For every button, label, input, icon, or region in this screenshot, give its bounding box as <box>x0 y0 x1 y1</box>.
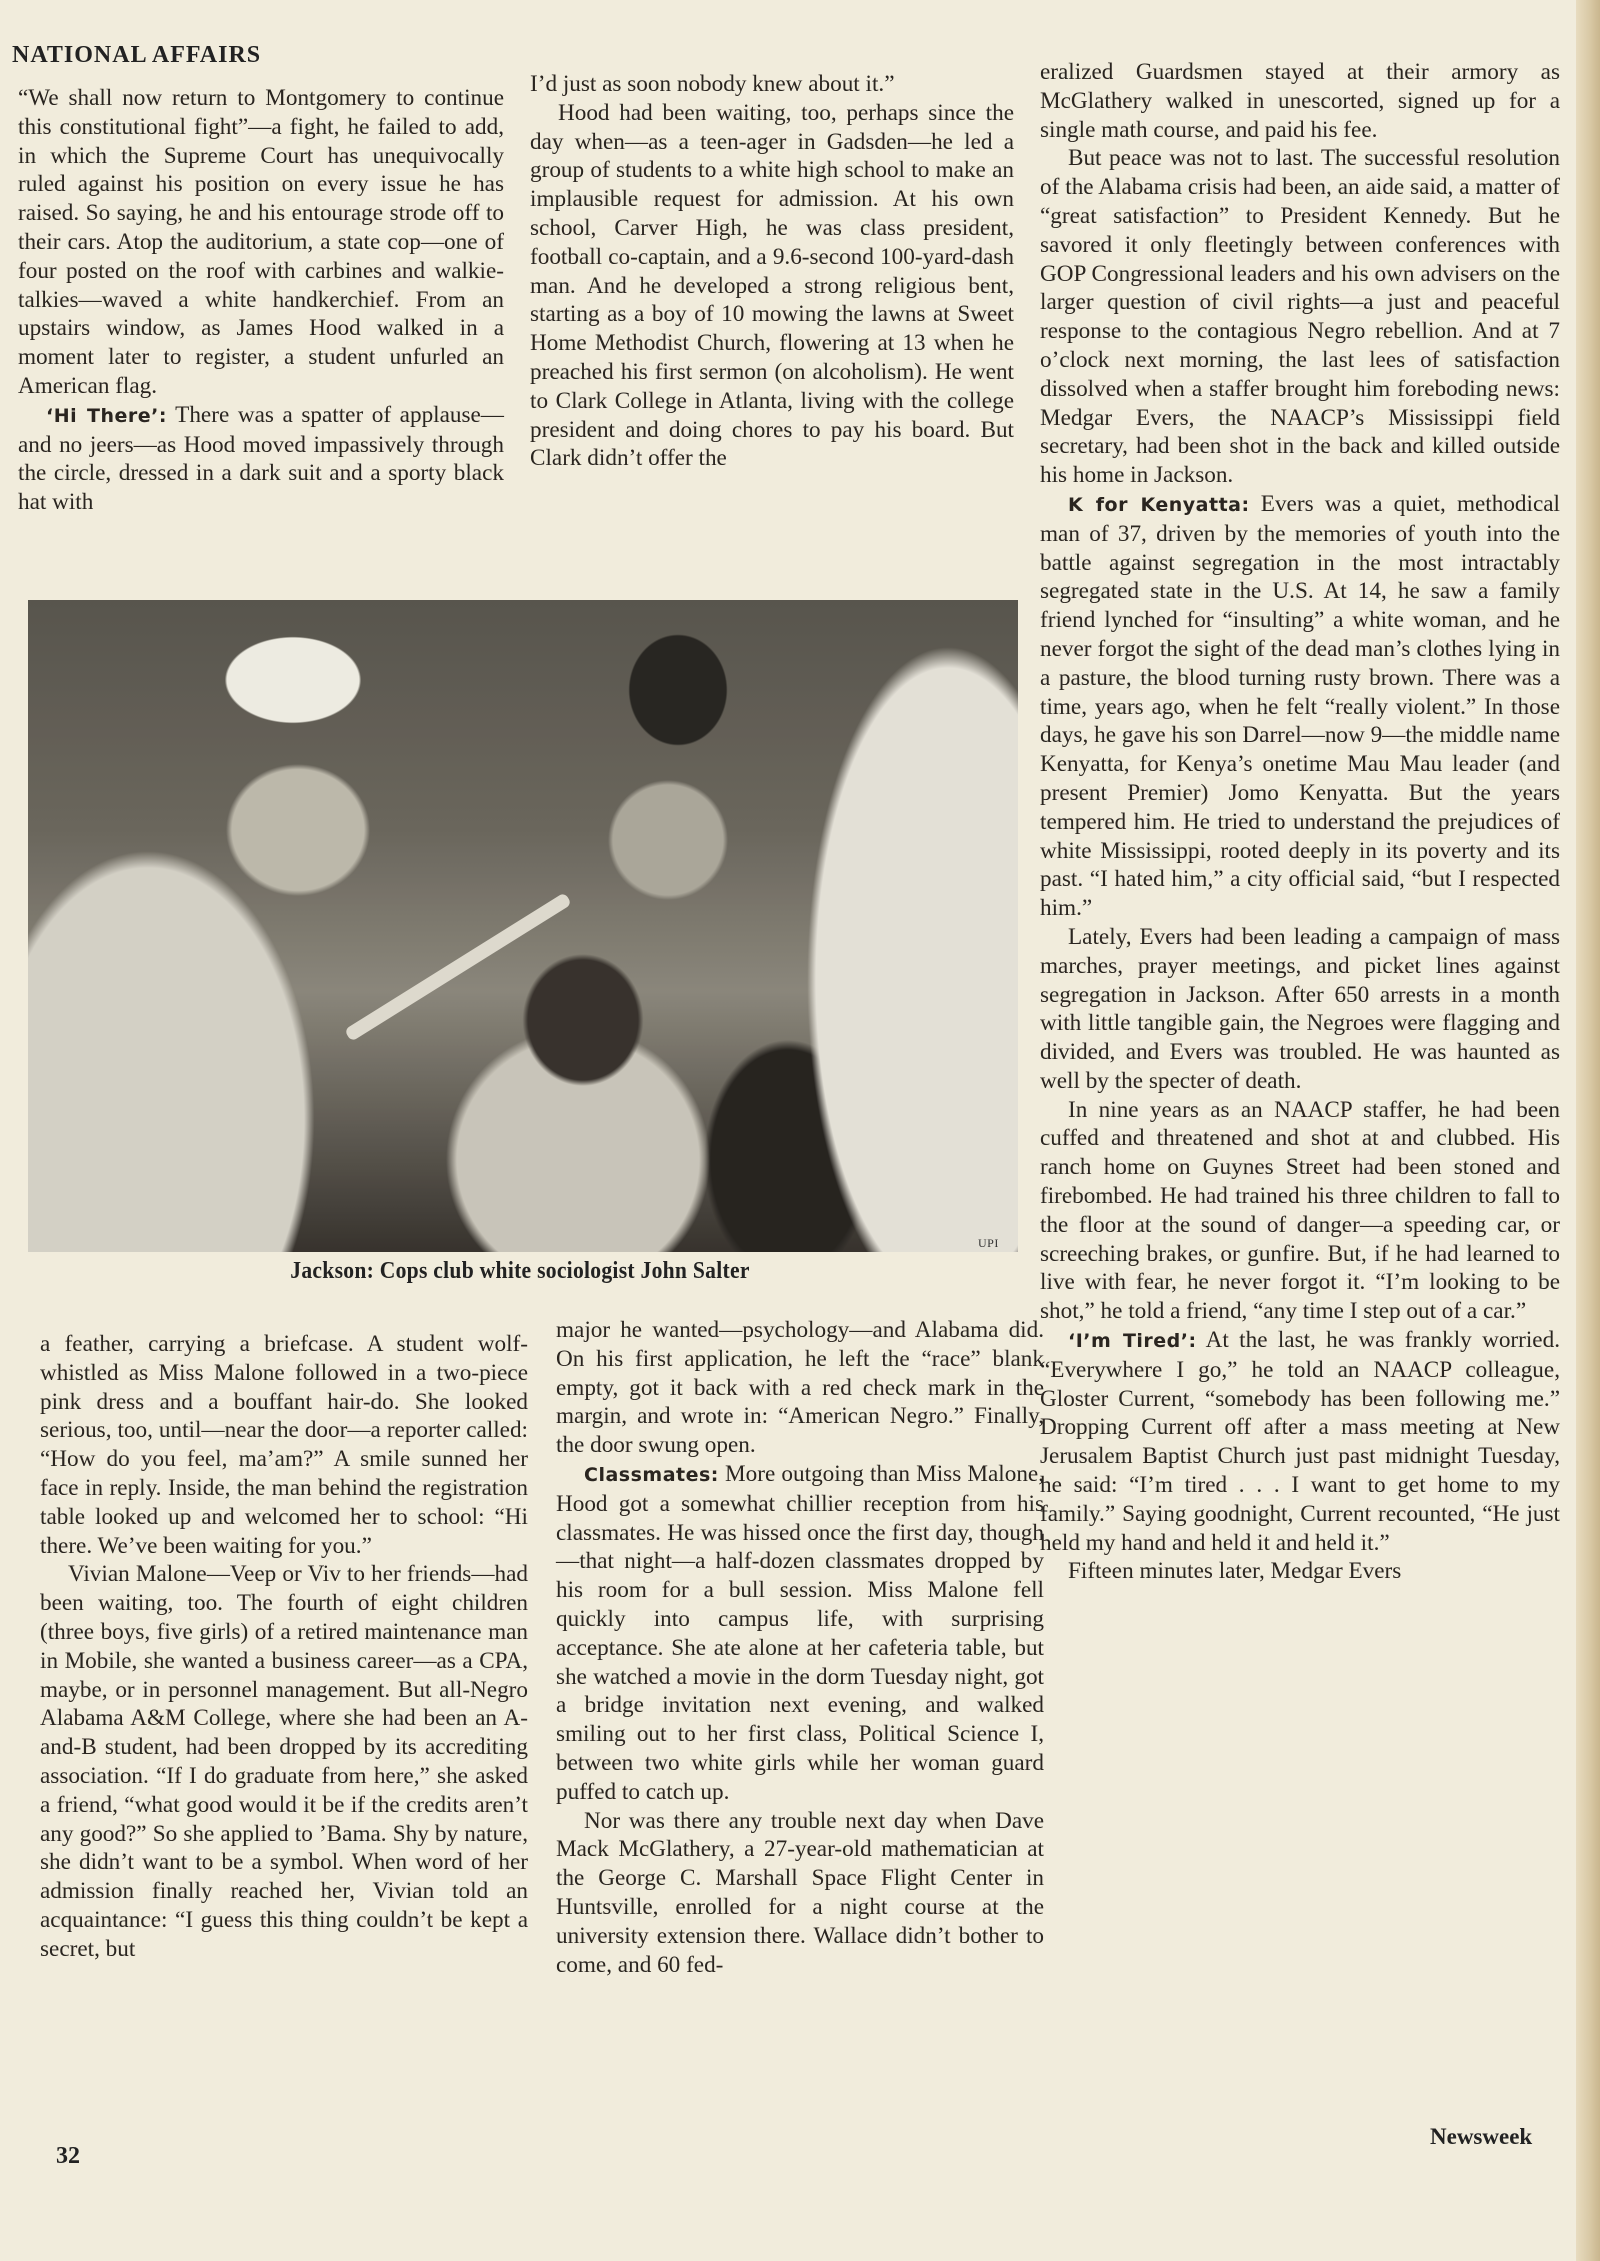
column-middle-bottom: major he wanted—psychology—and Alabama d… <box>556 1316 1044 1979</box>
paragraph: eralized Guardsmen stayed at their armor… <box>1040 58 1560 144</box>
paragraph: In nine years as an NAACP staffer, he ha… <box>1040 1096 1560 1326</box>
paragraph-text: At the last, he was frankly worried. “Ev… <box>1040 1327 1560 1556</box>
paragraph-text: In nine years as an NAACP staffer, he ha… <box>1040 1097 1560 1325</box>
paragraph: Vivian Malone—Veep or Viv to her friends… <box>40 1560 528 1963</box>
paragraph-text: I’d just as soon nobody knew about it.” <box>530 71 895 97</box>
section-header: NATIONAL AFFAIRS <box>12 42 261 69</box>
paragraph-text: Evers was a quiet, methodical man of 37,… <box>1040 491 1560 921</box>
subhead-runin: ‘I’m Tired’: <box>1068 1330 1197 1352</box>
paragraph: But peace was not to last. The successfu… <box>1040 144 1560 490</box>
paragraph: major he wanted—psychology—and Alabama d… <box>556 1316 1044 1460</box>
column-middle-top: I’d just as soon nobody knew about it.”H… <box>530 70 1014 473</box>
subhead-runin: ‘Hi There’: <box>46 405 167 427</box>
photo-credit: UPI <box>978 1236 999 1251</box>
paragraph-text: a feather, carrying a briefcase. A stude… <box>40 1331 528 1559</box>
page-number: 32 <box>56 2143 80 2170</box>
column-left-bottom: a feather, carrying a briefcase. A stude… <box>40 1330 528 1964</box>
paragraph-text: More outgoing than Miss Malone, Hood got… <box>556 1461 1044 1805</box>
paragraph-text: Hood had been waiting, too, perhaps sinc… <box>530 100 1014 472</box>
column-left-top: “We shall now return to Montgomery to co… <box>18 84 504 517</box>
column-right: eralized Guardsmen stayed at their armor… <box>1040 58 1560 1586</box>
news-photo <box>28 600 1018 1252</box>
paragraph: I’d just as soon nobody knew about it.” <box>530 70 1014 99</box>
baton-shape <box>344 892 572 1042</box>
paragraph: Nor was there any trouble next day when … <box>556 1807 1044 1980</box>
paragraph: “We shall now return to Montgomery to co… <box>18 84 504 401</box>
paragraph-text: Fifteen minutes later, Medgar Evers <box>1068 1558 1401 1584</box>
paragraph: Classmates: More outgoing than Miss Malo… <box>556 1460 1044 1807</box>
paragraph: Hood had been waiting, too, perhaps sinc… <box>530 99 1014 473</box>
publication-name: Newsweek <box>1430 2124 1532 2150</box>
page-edge <box>1576 0 1600 2261</box>
paragraph-text: Vivian Malone—Veep or Viv to her friends… <box>40 1561 528 1961</box>
paragraph: a feather, carrying a briefcase. A stude… <box>40 1330 528 1560</box>
paragraph-text: But peace was not to last. The successfu… <box>1040 145 1560 488</box>
paragraph-text: major he wanted—psychology—and Alabama d… <box>556 1317 1044 1458</box>
paragraph-text: “We shall now return to Montgomery to co… <box>18 85 504 399</box>
paragraph-text: Lately, Evers had been leading a campaig… <box>1040 924 1560 1094</box>
photo-caption: Jackson: Cops club white sociologist Joh… <box>52 1258 988 1285</box>
paragraph: Lately, Evers had been leading a campaig… <box>1040 923 1560 1096</box>
paragraph: Fifteen minutes later, Medgar Evers <box>1040 1557 1560 1586</box>
paragraph: K for Kenyatta: Evers was a quiet, metho… <box>1040 490 1560 923</box>
paragraph: ‘Hi There’: There was a spatter of appla… <box>18 401 504 517</box>
paragraph-text: Nor was there any trouble next day when … <box>556 1808 1044 1978</box>
subhead-runin: K for Kenyatta: <box>1068 494 1250 516</box>
paragraph-text: eralized Guardsmen stayed at their armor… <box>1040 59 1560 143</box>
subhead-runin: Classmates: <box>584 1464 719 1486</box>
paragraph: ‘I’m Tired’: At the last, he was frankly… <box>1040 1326 1560 1557</box>
